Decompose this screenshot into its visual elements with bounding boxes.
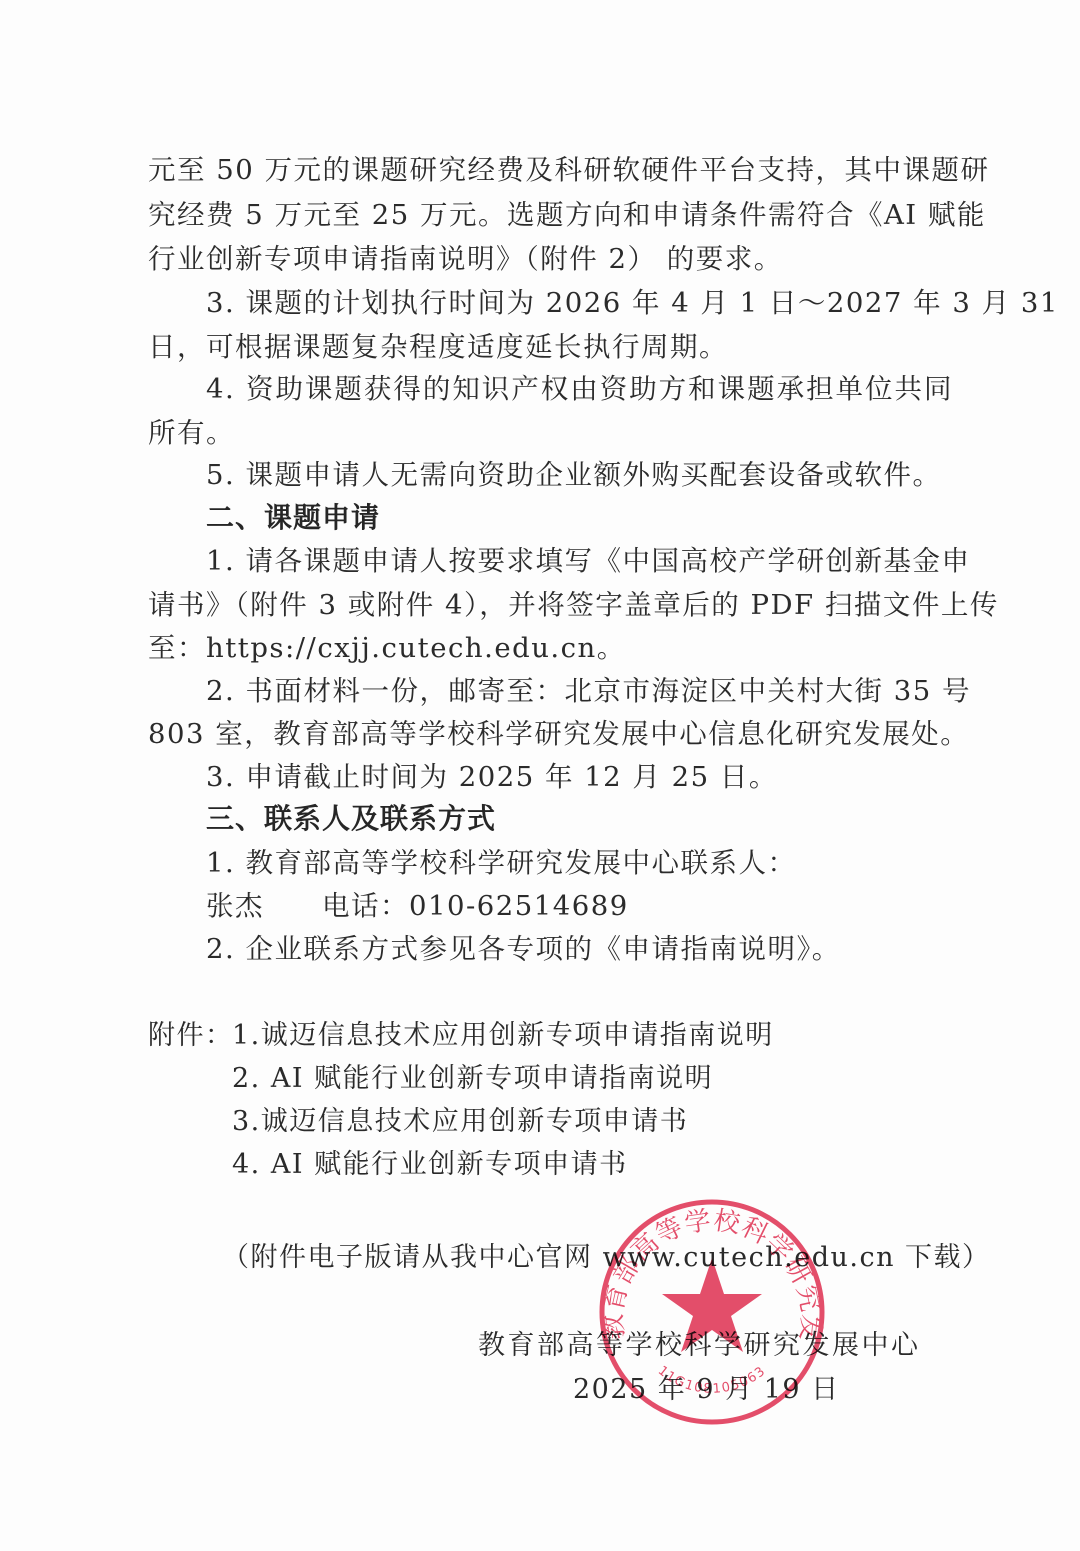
body-line: 1. 请各课题申请人按要求填写《中国高校产学研创新基金申 [206, 541, 953, 581]
body-line: 2. 企业联系方式参见各专项的《申请指南说明》。 [206, 929, 953, 969]
document-page: 元至 50 万元的课题研究经费及科研软硬件平台支持，其中课题研 究经费 5 万元… [0, 0, 1080, 1551]
attachment-item: 4. AI 赋能行业创新专项申请书 [232, 1145, 628, 1185]
body-line: 803 室，教育部高等学校科学研究发展中心信息化研究发展处。 [148, 714, 953, 754]
attachment-item: 1.诚迈信息技术应用创新专项申请指南说明 [232, 1016, 774, 1056]
section-heading-application: 二、课题申请 [206, 498, 380, 538]
body-line: 5. 课题申请人无需向资助企业额外购买配套设备或软件。 [206, 455, 953, 495]
body-line: 日，可根据课题复杂程度适度延长执行周期。 [148, 327, 953, 367]
body-line: 请书》（附件 3 或附件 4），并将签字盖章后的 PDF 扫描文件上传 [148, 585, 953, 625]
signature-date: 2025 年 9 月 19 日 [573, 1370, 840, 1410]
attachment-item: 3.诚迈信息技术应用创新专项申请书 [232, 1102, 688, 1142]
download-note: （附件电子版请从我中心官网 www.cutech.edu.cn 下载） [222, 1238, 991, 1278]
body-line: 行业创新专项申请指南说明》（附件 2） 的要求。 [148, 239, 953, 279]
body-line: 3. 课题的计划执行时间为 2026 年 4 月 1 日～2027 年 3 月 … [206, 283, 953, 323]
attachments-label: 附件： [148, 1016, 234, 1056]
section-heading-contact: 三、联系人及联系方式 [206, 799, 496, 839]
body-line: 2. 书面材料一份，邮寄至：北京市海淀区中关村大街 35 号 [206, 671, 953, 711]
body-line: 1. 教育部高等学校科学研究发展中心联系人： [206, 843, 953, 883]
contact-line: 张杰 电话：010-62514689 [206, 886, 953, 926]
body-line: 究经费 5 万元至 25 万元。选题方向和申请条件需符合《AI 赋能 [148, 195, 953, 235]
attachment-item: 2. AI 赋能行业创新专项申请指南说明 [232, 1059, 713, 1099]
body-line: 4. 资助课题获得的知识产权由资助方和课题承担单位共同 [206, 369, 953, 409]
body-line: 所有。 [148, 413, 953, 453]
body-line: 3. 申请截止时间为 2025 年 12 月 25 日。 [206, 757, 953, 797]
body-line: 元至 50 万元的课题研究经费及科研软硬件平台支持，其中课题研 [148, 150, 953, 190]
body-line: 至：https://cxjj.cutech.edu.cn。 [148, 628, 953, 668]
signature-organization: 教育部高等学校科学研究发展中心 [478, 1326, 921, 1366]
